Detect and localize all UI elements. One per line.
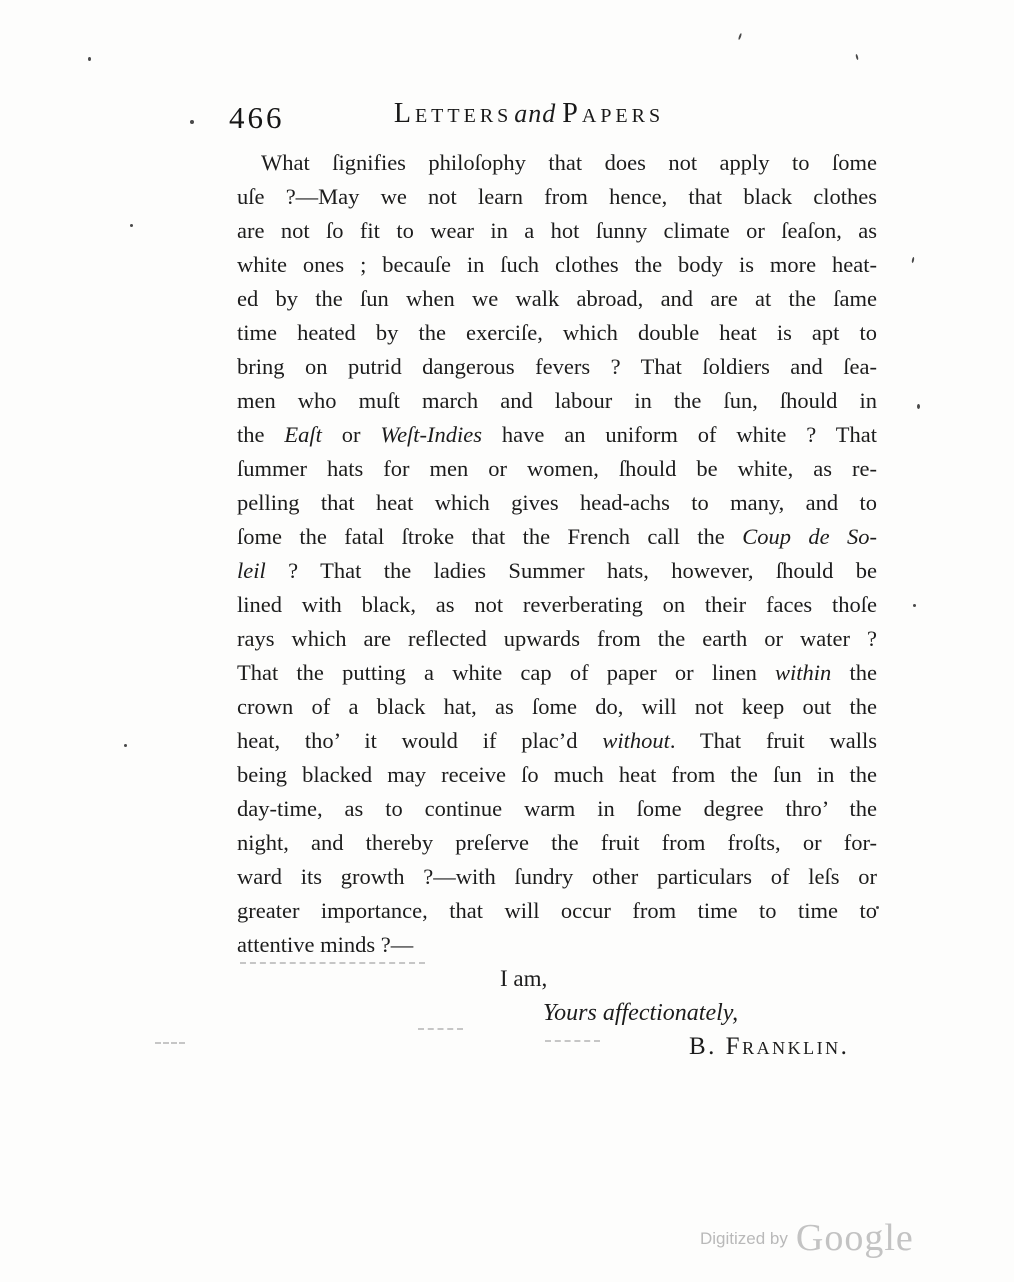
text-run: or xyxy=(322,422,381,447)
scan-speck xyxy=(88,57,91,61)
text-run: crown of a black hat, as ſome do, will n… xyxy=(237,694,877,719)
text-run: ſummer hats for men or women, ſhould be … xyxy=(237,456,877,481)
google-logo: Google xyxy=(796,1217,914,1259)
running-title: LettersandPapers xyxy=(209,98,849,130)
text-run: white ones ; becauſe in ſuch clothes the… xyxy=(237,252,877,277)
text-run: ? That the ladies Summer hats, however, … xyxy=(266,558,877,583)
scan-speck xyxy=(876,906,879,909)
text-run: time heated by the exerciſe, which doubl… xyxy=(237,320,877,345)
text-line: That the putting a white cap of paper or… xyxy=(237,656,877,690)
text-line: being blacked may receive ſo much heat f… xyxy=(237,758,877,792)
scan-speck xyxy=(911,257,914,263)
scan-speck xyxy=(913,604,916,607)
text-run: being blacked may receive ſo much heat f… xyxy=(237,762,877,787)
text-line: time heated by the exerciſe, which doubl… xyxy=(237,316,877,350)
scan-speck xyxy=(130,224,133,227)
text-line: leil ? That the ladies Summer hats, howe… xyxy=(237,554,877,588)
watermark: Digitized byGoogle xyxy=(700,1216,914,1260)
italic-run: Weſt-Indies xyxy=(380,422,482,447)
text-line: night, and thereby preſerve the fruit fr… xyxy=(237,826,877,860)
italic-run: Eaſt xyxy=(284,422,322,447)
scan-smudge xyxy=(240,962,425,964)
text-line: lined with black, as not reverberating o… xyxy=(237,588,877,622)
text-run: . That fruit walls xyxy=(670,728,877,753)
text-line: bring on putrid dangerous fevers ? That … xyxy=(237,350,877,384)
text-run: night, and thereby preſerve the fruit fr… xyxy=(237,830,877,855)
text-line: ſummer hats for men or women, ſhould be … xyxy=(237,452,877,486)
text-line: heat, tho’ it would if plac’d without. T… xyxy=(237,724,877,758)
signature-line: B. Franklin. xyxy=(689,1030,877,1064)
text-run: heat, tho’ it would if plac’d xyxy=(237,728,602,753)
page-header: 466 LettersandPapers xyxy=(237,98,877,140)
text-run: pelling that heat which gives head-achs … xyxy=(237,490,877,515)
closing-valediction: Yours affectionately, xyxy=(543,996,877,1030)
scan-smudge xyxy=(545,1040,600,1042)
text-run: uſe ?—May we not learn from hence, that … xyxy=(237,184,877,209)
closing-i-am: I am, xyxy=(500,962,877,996)
text-line: uſe ?—May we not learn from hence, that … xyxy=(237,180,877,214)
watermark-prefix: Digitized by xyxy=(700,1229,788,1248)
text-line: white ones ; becauſe in ſuch clothes the… xyxy=(237,248,877,282)
italic-run: leil xyxy=(237,558,266,583)
text-run: bring on putrid dangerous fevers ? That … xyxy=(237,354,877,379)
italic-run: Coup de So- xyxy=(742,524,877,549)
running-title-word-papers: Papers xyxy=(562,98,664,129)
scanned-book-page: 466 LettersandPapers What ſignifies phil… xyxy=(0,0,1014,1282)
scan-speck xyxy=(738,33,742,40)
text-run: ſome the fatal ſtroke that the French ca… xyxy=(237,524,742,549)
text-line: What ſignifies philoſophy that does not … xyxy=(237,146,877,180)
text-line: greater importance, that will occur from… xyxy=(237,894,877,928)
letter-closing: I am, Yours affectionately, B. Franklin. xyxy=(237,962,877,1064)
scan-speck xyxy=(190,120,194,124)
text-run: the xyxy=(237,422,284,447)
text-run: are not ſo fit to wear in a hot ſunny cl… xyxy=(237,218,877,243)
text-run: men who muſt march and labour in the ſun… xyxy=(237,388,877,413)
text-run: have an uniform of white ? That xyxy=(482,422,877,447)
text-run: ward its growth ?—with ſundry other part… xyxy=(237,864,877,889)
text-run: the xyxy=(831,660,877,685)
text-block: What ſignifies philoſophy that does not … xyxy=(237,146,877,962)
text-line: rays which are reflected upwards from th… xyxy=(237,622,877,656)
text-line: men who muſt march and labour in the ſun… xyxy=(237,384,877,418)
text-run: day-time, as to continue warm in ſome de… xyxy=(237,796,877,821)
running-title-word-letters: Letters xyxy=(394,98,512,129)
signature-name: B. Franklin. xyxy=(689,1033,849,1060)
text-line: the Eaſt or Weſt-Indies have an uniform … xyxy=(237,418,877,452)
text-run: attentive minds ?— xyxy=(237,932,413,957)
scan-speck xyxy=(917,404,920,409)
text-line: crown of a black hat, as ſome do, will n… xyxy=(237,690,877,724)
scan-smudge xyxy=(418,1028,463,1030)
scan-speck xyxy=(855,54,858,60)
text-line: are not ſo fit to wear in a hot ſunny cl… xyxy=(237,214,877,248)
text-line: day-time, as to continue warm in ſome de… xyxy=(237,792,877,826)
text-line: ed by the ſun when we walk abroad, and a… xyxy=(237,282,877,316)
text-run: ed by the ſun when we walk abroad, and a… xyxy=(237,286,877,311)
text-run: rays which are reflected upwards from th… xyxy=(237,626,877,651)
text-run: What ſignifies philoſophy that does not … xyxy=(261,150,877,175)
italic-run: within xyxy=(775,660,831,685)
scan-speck xyxy=(124,744,127,747)
running-title-conjunction: and xyxy=(514,99,556,128)
text-line: ſome the fatal ſtroke that the French ca… xyxy=(237,520,877,554)
text-line: pelling that heat which gives head-achs … xyxy=(237,486,877,520)
text-line: ward its growth ?—with ſundry other part… xyxy=(237,860,877,894)
scan-smudge xyxy=(155,1042,185,1044)
text-line: attentive minds ?— xyxy=(237,928,877,962)
text-run: lined with black, as not reverberating o… xyxy=(237,592,877,617)
text-run: That the putting a white cap of paper or… xyxy=(237,660,775,685)
text-run: greater importance, that will occur from… xyxy=(237,898,877,923)
italic-run: without xyxy=(602,728,670,753)
